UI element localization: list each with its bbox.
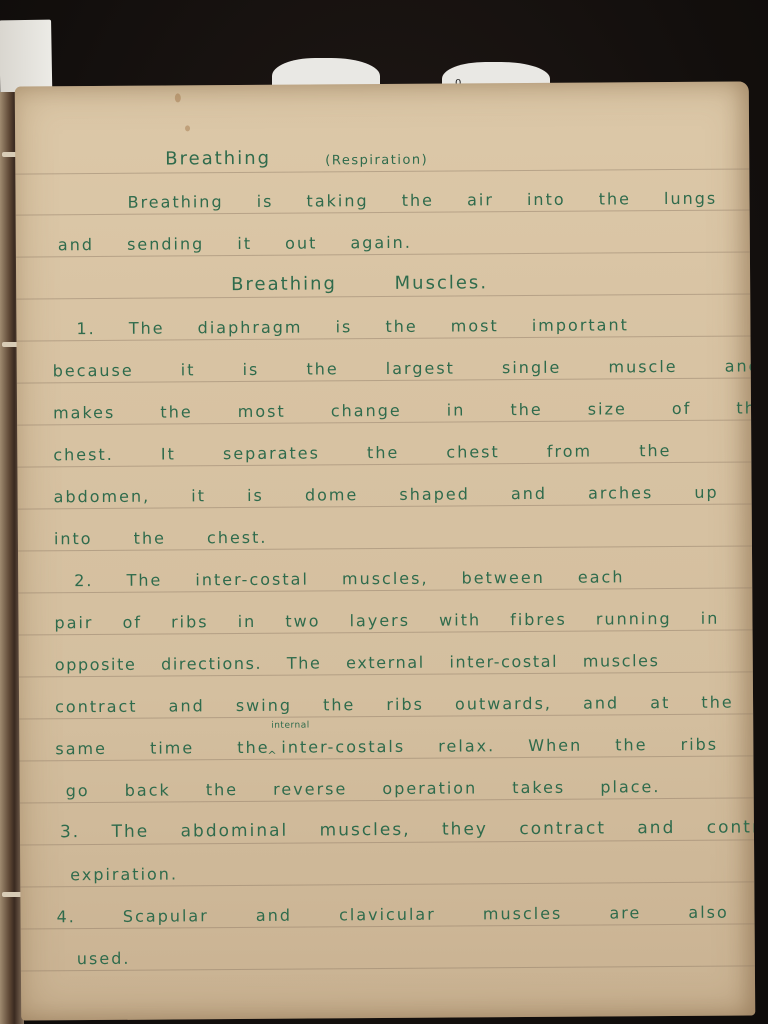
text-line-with-insertion: same time the internal ^ inter-costals r…	[19, 719, 753, 764]
paper-stain	[175, 93, 181, 102]
text-line: 4. Scapular and clavicular muscles are a…	[20, 887, 754, 932]
text-line: and sending it out again.	[16, 215, 750, 260]
text-line: Breathing is taking the air into the lun…	[15, 173, 749, 218]
insertion-caret: ^	[267, 749, 278, 762]
text-line: 2. The inter-costal muscles, between eac…	[18, 551, 752, 596]
insertion-word: internal	[271, 721, 310, 731]
text-line: used.	[21, 929, 755, 974]
text-line: 1. The diaphragm is the most important	[16, 299, 750, 344]
title-line: Breathing (Respiration)	[15, 131, 749, 176]
text-line: makes the most change in the size of the	[17, 383, 751, 428]
text-line: pair of ribs in two layers with fibres r…	[18, 593, 752, 638]
subheading-line: Breathing Muscles.	[16, 257, 750, 302]
text-line: contract and swing the ribs outwards, an…	[19, 677, 753, 722]
paper-stain	[185, 125, 190, 131]
text-line: 3. The abdominal muscles, they contract …	[20, 803, 754, 848]
page-title-parenthetical: (Respiration)	[325, 153, 428, 169]
text-line: into the chest.	[18, 509, 752, 554]
text-line: go back the reverse operation takes plac…	[19, 761, 753, 806]
page-title: Breathing	[165, 148, 271, 170]
notebook-page: Breathing (Respiration) Breathing is tak…	[15, 81, 756, 1020]
text-line: opposite directions. The external inter-…	[19, 635, 753, 680]
text-line: expiration.	[20, 845, 754, 890]
text-line: because it is the largest single muscle …	[17, 341, 751, 386]
text-line: abdomen, it is dome shaped and arches up	[17, 467, 751, 512]
text-line: chest. It separates the chest from the	[17, 425, 751, 470]
section-heading: Breathing Muscles.	[231, 272, 488, 295]
